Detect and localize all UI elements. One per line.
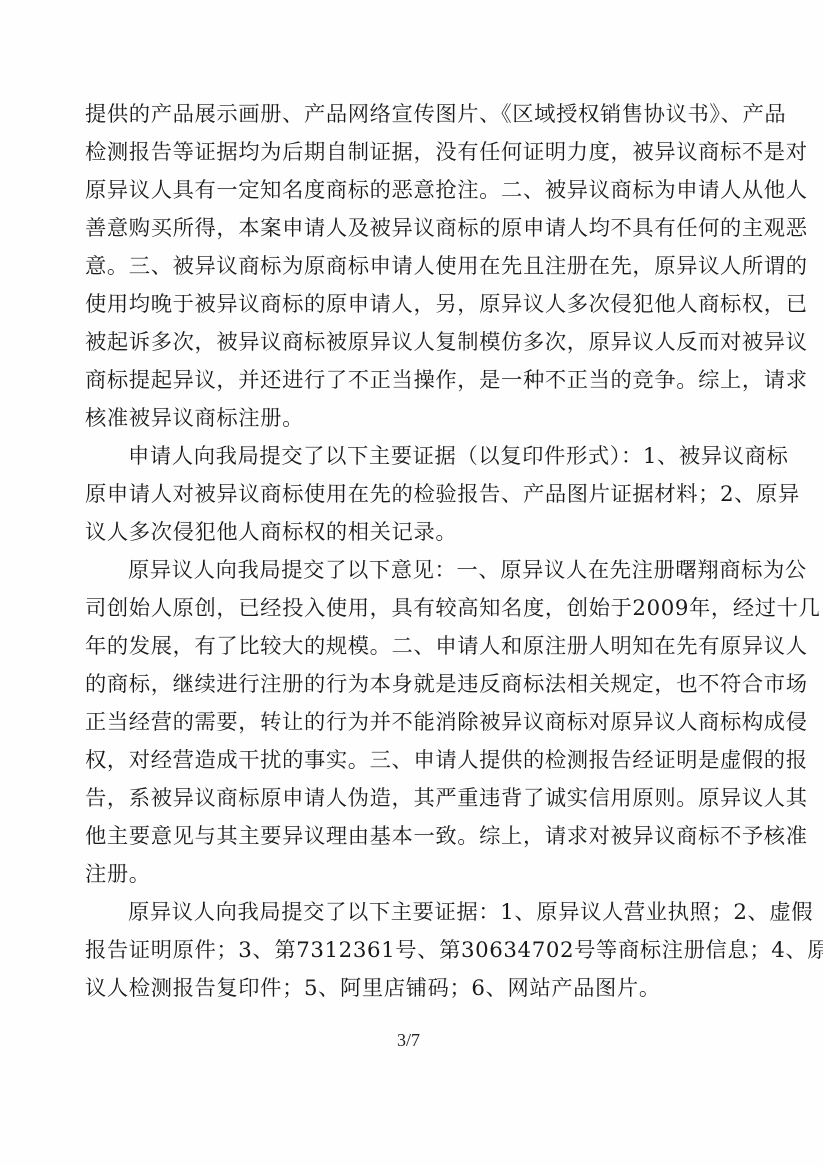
scan-speck: [744, 600, 746, 602]
paragraph: 原异议人向我局提交了以下意见：一、原异议人在先注册曙翔商标为公 司创始人原创，已…: [85, 552, 731, 894]
text-line: 议人多次侵犯他人商标权的相关记录。: [85, 514, 731, 552]
text-line: 使用均晚于被异议商标的原申请人，另，原异议人多次侵犯他人商标权，已: [85, 286, 731, 324]
document-body: 提供的产品展示画册、产品网络宣传图片、《区域授权销售协议书》、产品 检测报告等证…: [85, 96, 731, 1008]
text-line: 原异议人具有一定知名度商标的恶意抢注。二、被异议商标为申请人从他人: [85, 172, 731, 210]
paragraph: 原异议人向我局提交了以下主要证据：1、原异议人营业执照；2、虚假 报告证明原件；…: [85, 894, 731, 1008]
text-line: 检测报告等证据均为后期自制证据，没有任何证明力度，被异议商标不是对: [85, 134, 731, 172]
text-line: 核准被异议商标注册。: [85, 400, 731, 438]
text-line: 报告证明原件；3、第7312361号、第30634702号等商标注册信息；4、原…: [85, 932, 731, 970]
paragraph: 申请人向我局提交了以下主要证据（以复印件形式）：1、被异议商标 原申请人对被异议…: [85, 438, 731, 552]
document-page: 提供的产品展示画册、产品网络宣传图片、《区域授权销售协议书》、产品 检测报告等证…: [0, 0, 823, 1166]
text-line: 申请人向我局提交了以下主要证据（以复印件形式）：1、被异议商标: [85, 438, 731, 476]
text-line: 年的发展，有了比较大的规模。二、申请人和原注册人明知在先有原异议人: [85, 628, 731, 666]
text-line: 议人检测报告复印件；5、阿里店铺码；6、网站产品图片。: [85, 970, 731, 1008]
text-line: 被起诉多次，被异议商标被原异议人复制模仿多次，原异议人反而对被异议: [85, 324, 731, 362]
text-line: 告，系被异议商标原申请人伪造，其严重违背了诚实信用原则。原异议人其: [85, 780, 731, 818]
text-line: 权，对经营造成干扰的事实。三、申请人提供的检测报告经证明是虚假的报: [85, 742, 731, 780]
text-line: 的商标，继续进行注册的行为本身就是违反商标法相关规定，也不符合市场: [85, 666, 731, 704]
text-line: 意。三、被异议商标为原商标申请人使用在先且注册在先，原异议人所谓的: [85, 248, 731, 286]
text-line: 原异议人向我局提交了以下主要证据：1、原异议人营业执照；2、虚假: [85, 894, 731, 932]
text-line: 司创始人原创，已经投入使用，具有较高知名度，创始于2009年，经过十几: [85, 590, 731, 628]
paragraph: 提供的产品展示画册、产品网络宣传图片、《区域授权销售协议书》、产品 检测报告等证…: [85, 96, 731, 438]
text-line: 原申请人对被异议商标使用在先的检验报告、产品图片证据材料；2、原异: [85, 476, 731, 514]
text-line: 正当经营的需要，转让的行为并不能消除被异议商标对原异议人商标构成侵: [85, 704, 731, 742]
text-line: 善意购买所得，本案申请人及被异议商标的原申请人均不具有任何的主观恶: [85, 210, 731, 248]
text-line: 原异议人向我局提交了以下意见：一、原异议人在先注册曙翔商标为公: [85, 552, 731, 590]
text-line: 注册。: [85, 856, 731, 894]
page-number: 3/7: [0, 1030, 820, 1051]
text-line: 他主要意见与其主要异议理由基本一致。综上，请求对被异议商标不予核准: [85, 818, 731, 856]
text-line: 商标提起异议，并还进行了不正当操作，是一种不正当的竞争。综上，请求: [85, 362, 731, 400]
text-line: 提供的产品展示画册、产品网络宣传图片、《区域授权销售协议书》、产品: [85, 96, 731, 134]
